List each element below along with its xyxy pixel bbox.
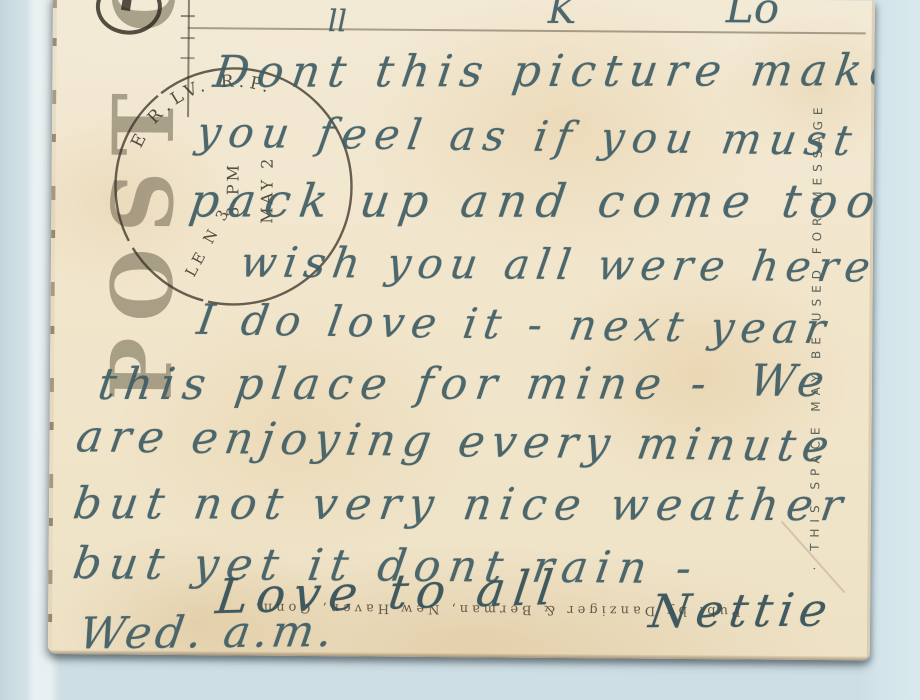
dateline: Wed. a.m. bbox=[76, 606, 340, 659]
message-line-3: pack up and come too bbox=[186, 174, 875, 229]
message-line-6-end: We bbox=[746, 356, 833, 408]
handwriting-fragment-3: ll bbox=[328, 4, 347, 39]
message-line-4: wish you all were here. bbox=[237, 238, 875, 292]
handwriting-fragment-1: K bbox=[548, 0, 577, 32]
message-line-6: this place for mine - bbox=[95, 359, 718, 410]
card-edge-right bbox=[867, 0, 875, 660]
message-line-8: but not very nice weather bbox=[70, 478, 853, 531]
message-line-2: you feel as if you must bbox=[193, 107, 862, 165]
message-line-7: are enjoying every minute bbox=[73, 411, 839, 472]
photo-background: POST C · THIS SPACE MAY BE USED FOR MESS… bbox=[0, 0, 920, 700]
message-line-5: I do love it - next year bbox=[194, 295, 836, 353]
postcard: POST C · THIS SPACE MAY BE USED FOR MESS… bbox=[48, 0, 875, 660]
postmark-oval-bar bbox=[121, 0, 134, 11]
card-edge-left bbox=[48, 0, 57, 654]
handwriting-fragment-2: Lo bbox=[726, 0, 780, 33]
signature: Nettie bbox=[646, 583, 837, 639]
divider-ticks bbox=[181, 15, 195, 17]
message-line-1: Dont this picture make bbox=[210, 45, 875, 98]
